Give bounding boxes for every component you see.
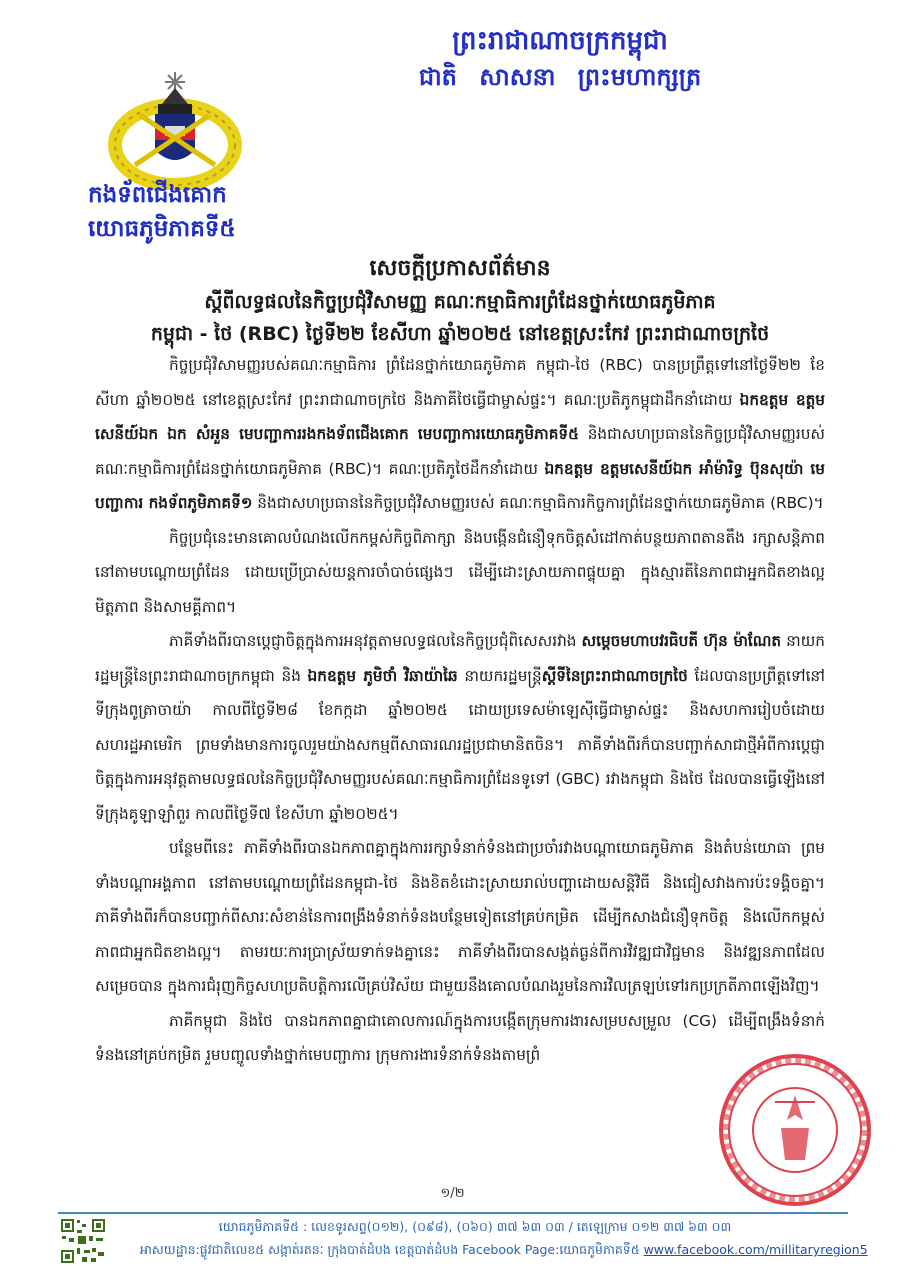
facebook-link[interactable]: www.facebook.com/millitaryregion5 — [644, 1242, 868, 1257]
title-line-3: កម្ពុជា - ថៃ (RBC) ថ្ងៃទី២២ ខែសីហា ឆ្នាំ… — [90, 318, 830, 350]
unit-name: កងទ័ពជើងគោក យោធភូមិភាគទី៥ — [88, 178, 258, 246]
document-body: កិច្ចប្រជុំវិសាមញ្ញរបស់គណៈកម្មាធិការ ព្រ… — [95, 348, 825, 1073]
text-run: ភាគីទាំងពីរបានប្តេជ្ញាចិត្តក្នុងការអនុវត… — [169, 632, 582, 650]
title-line-2: ស្តីពីលទ្ធផលនៃកិច្ចប្រជុំវិសាមញ្ញ គណៈកម្… — [90, 286, 830, 318]
bold-text-run: សម្តេចមហាបវរធិបតី ហ៊ុន ម៉ាណែត — [582, 632, 782, 650]
text-run: នាយករដ្ឋមន្ត្រី — [458, 667, 542, 685]
document-title: សេចក្តីប្រកាសព័ត៌មាន ស្តីពីលទ្ធផលនៃកិច្ច… — [90, 252, 830, 350]
paragraph-4: បន្ថែមពីនេះ ភាគីទាំងពីរបានឯកភាពគ្នាក្នុង… — [95, 831, 825, 1004]
national-motto: ជាតិ សាសនា ព្រះមហាក្សត្រ — [300, 60, 820, 94]
qr-code-icon[interactable] — [60, 1218, 106, 1264]
army-emblem-icon — [100, 70, 250, 190]
bold-text-run: ស្តីទីនៃព្រះរាជាណាចក្រថៃ — [542, 667, 688, 685]
text-run: កិច្ចប្រជុំនេះមានគោលបំណងលើកកម្ពស់កិច្ចពិ… — [95, 529, 825, 616]
page-number: ១/២ — [0, 1185, 905, 1204]
footer-divider — [58, 1212, 848, 1214]
unit-name-line1: កងទ័ពជើងគោក — [88, 178, 258, 212]
paragraph-3: ភាគីទាំងពីរបានប្តេជ្ញាចិត្តក្នុងការអនុវត… — [95, 624, 825, 831]
title-line-1: សេចក្តីប្រកាសព័ត៌មាន — [90, 252, 830, 286]
footer-phone-line: យោធភូមិភាគទី៥ : លេខទូរសព្ទ(០១២), (០៩៨), … — [140, 1215, 880, 1238]
text-run: ដែលបានប្រព្រឹត្តទៅនៅទីក្រុងពូត្រាចាយ៉ា ក… — [95, 667, 825, 823]
kingdom-name: ព្រះរាជាណាចក្រកម្ពុជា — [300, 22, 820, 60]
kingdom-heading: ព្រះរាជាណាចក្រកម្ពុជា ជាតិ សាសនា ព្រះមហា… — [300, 22, 820, 94]
paragraph-2: កិច្ចប្រជុំនេះមានគោលបំណងលើកកម្ពស់កិច្ចពិ… — [95, 521, 825, 625]
footer-contact: យោធភូមិភាគទី៥ : លេខទូរសព្ទ(០១២), (០៩៨), … — [140, 1215, 880, 1261]
bold-text-run: ឯកឧត្តម ភូមិថាំ វិឆាយ៉ាឆៃ — [308, 667, 458, 685]
text-run: និងជាសហប្រធាននៃកិច្ចប្រជុំវិសាមញ្ញរបស់ គ… — [252, 494, 823, 512]
unit-name-line2: យោធភូមិភាគទី៥ — [88, 212, 258, 246]
text-run: បន្ថែមពីនេះ ភាគីទាំងពីរបានឯកភាពគ្នាក្នុង… — [95, 839, 825, 995]
paragraph-1: កិច្ចប្រជុំវិសាមញ្ញរបស់គណៈកម្មាធិការ ព្រ… — [95, 348, 825, 521]
text-run: កិច្ចប្រជុំវិសាមញ្ញរបស់គណៈកម្មាធិការ ព្រ… — [95, 356, 825, 409]
footer-address: អាសយដ្ឋាន:ផ្លូវជាតិលេខ៥ សង្កាត់រតនៈ ក្រុ… — [140, 1242, 644, 1257]
footer-address-line: អាសយដ្ឋាន:ផ្លូវជាតិលេខ៥ សង្កាត់រតនៈ ក្រុ… — [140, 1238, 880, 1261]
